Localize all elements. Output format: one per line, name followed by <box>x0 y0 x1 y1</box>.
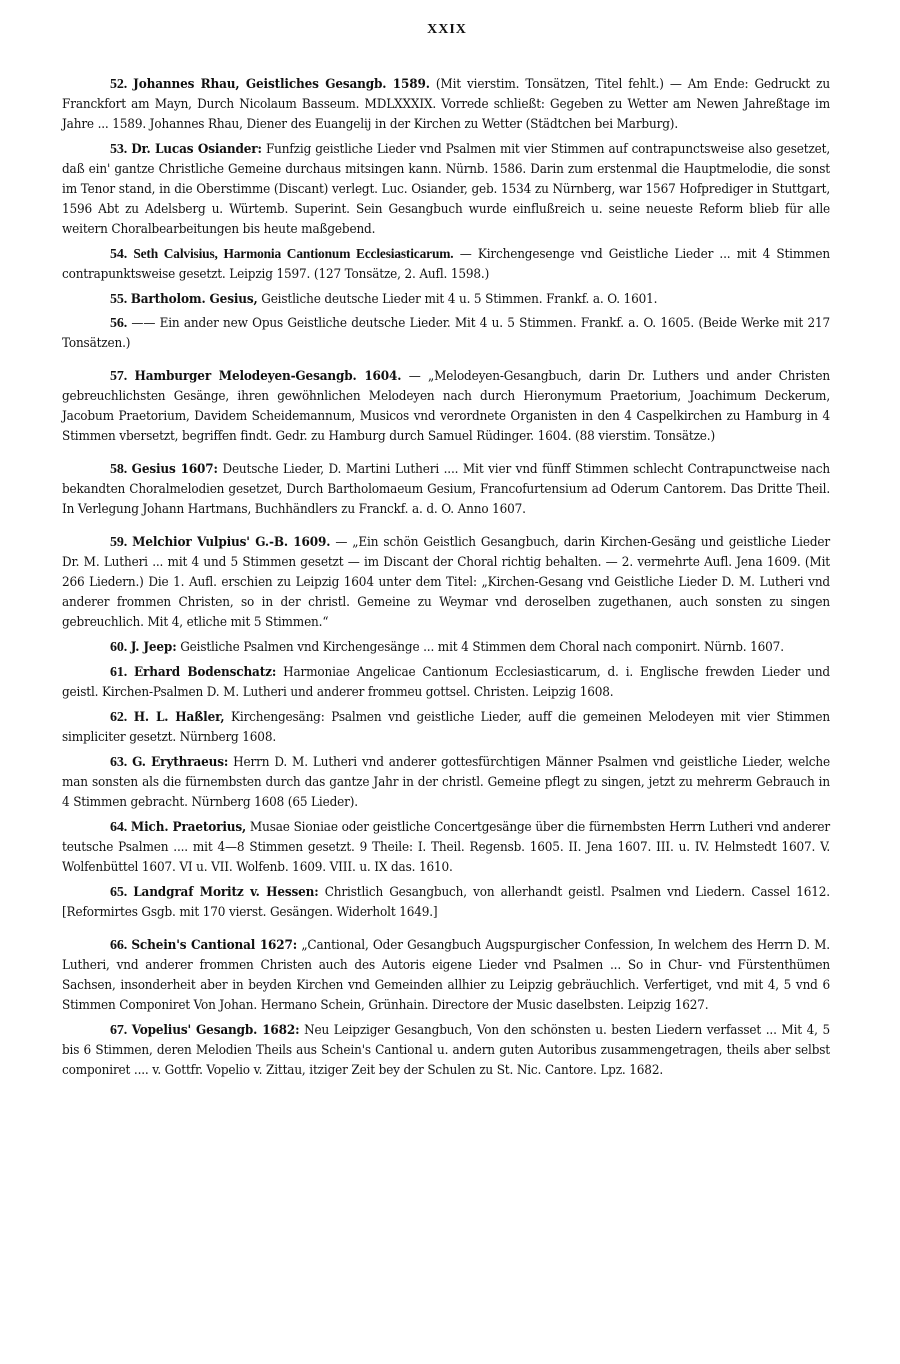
bibliography-entry-57: 57. Hamburger Melodeyen-Gesangb. 1604. —… <box>62 366 830 447</box>
entry-number: 57. <box>110 369 127 384</box>
entry-number: 65. <box>110 885 127 900</box>
entry-number: 56. <box>110 316 127 331</box>
bibliography-entry-59: 59. Melchior Vulpius' G.-B. 1609. — „Ein… <box>62 532 830 633</box>
entry-heading: Seth Calvisius, Harmonia Cantionum Eccle… <box>133 246 453 261</box>
entry-number: 58. <box>110 462 127 477</box>
bibliography-entry-65: 65. Landgraf Moritz v. Hessen: Christlic… <box>62 882 830 923</box>
bibliography-entry-58: 58. Gesius 1607: Deutsche Lieder, D. Mar… <box>62 459 830 520</box>
entry-number: 67. <box>110 1023 127 1038</box>
entry-heading: G. Erythraeus: <box>132 754 228 770</box>
bibliography-entry-53: 53. Dr. Lucas Osiander: Funfzig geistlic… <box>62 139 830 240</box>
entry-number: 59. <box>110 535 127 550</box>
bibliography-entry-52: 52. Johannes Rhau, Geistliches Gesangb. … <box>62 74 830 135</box>
entry-heading: Gesius 1607: <box>132 461 218 477</box>
entry-number: 55. <box>110 292 127 307</box>
bibliography-entry-62: 62. H. L. Haßler, Kirchengesäng: Psalmen… <box>62 707 830 748</box>
entry-number: 53. <box>110 142 127 157</box>
bibliography-list: 52. Johannes Rhau, Geistliches Gesangb. … <box>62 74 830 1081</box>
entry-body: —— Ein ander new Opus Geistliche deutsch… <box>62 316 830 351</box>
entry-number: 61. <box>110 665 127 680</box>
entry-number: 60. <box>110 640 127 655</box>
entry-heading: J. Jeep: <box>131 639 177 655</box>
entry-number: 66. <box>110 938 127 953</box>
entry-heading: Vopelius' Gesangb. 1682: <box>132 1022 300 1038</box>
entry-heading: Johannes Rhau, Geistliches Gesangb. 1589… <box>133 76 430 92</box>
bibliography-entry-67: 67. Vopelius' Gesangb. 1682: Neu Leipzig… <box>62 1020 830 1081</box>
entry-number: 63. <box>110 755 127 770</box>
bibliography-entry-56: 56. —— Ein ander new Opus Geistliche deu… <box>62 314 830 354</box>
entry-number: 52. <box>110 77 127 92</box>
entry-heading: Erhard Bodenschatz: <box>134 664 276 680</box>
entry-number: 64. <box>110 820 127 835</box>
entry-heading: Dr. Lucas Osiander: <box>131 141 262 157</box>
entry-number: 62. <box>110 710 127 725</box>
bibliography-entry-60: 60. J. Jeep: Geistliche Psalmen vnd Kirc… <box>62 637 830 658</box>
entry-heading: Bartholom. Gesius, <box>131 291 258 307</box>
page-number: XXIX <box>62 20 830 40</box>
bibliography-entry-64: 64. Mich. Praetorius, Musae Sioniae oder… <box>62 817 830 878</box>
entry-heading: Melchior Vulpius' G.-B. 1609. <box>132 534 330 550</box>
bibliography-entry-63: 63. G. Erythraeus: Herrn D. M. Lutheri v… <box>62 752 830 813</box>
entry-heading: H. L. Haßler, <box>134 709 225 725</box>
entry-heading: Landgraf Moritz v. Hessen: <box>133 884 318 900</box>
entry-heading: Mich. Praetorius, <box>131 819 246 835</box>
bibliography-entry-54: 54. Seth Calvisius, Harmonia Cantionum E… <box>62 244 830 285</box>
entry-body: Geistliche Psalmen vnd Kirchengesänge ..… <box>180 640 784 655</box>
document-page: XXIX 52. Johannes Rhau, Geistliches Gesa… <box>62 0 830 1085</box>
entry-body: Geistliche deutsche Lieder mit 4 u. 5 St… <box>261 292 657 307</box>
entry-heading: Schein's Cantional 1627: <box>131 937 297 953</box>
bibliography-entry-55: 55. Bartholom. Gesius, Geistliche deutsc… <box>62 289 830 310</box>
entry-number: 54. <box>110 247 127 262</box>
entry-heading: Hamburger Melodeyen-Gesangb. 1604. <box>134 368 401 384</box>
bibliography-entry-61: 61. Erhard Bodenschatz: Harmoniae Angeli… <box>62 662 830 703</box>
bibliography-entry-66: 66. Schein's Cantional 1627: „Cantional,… <box>62 935 830 1016</box>
